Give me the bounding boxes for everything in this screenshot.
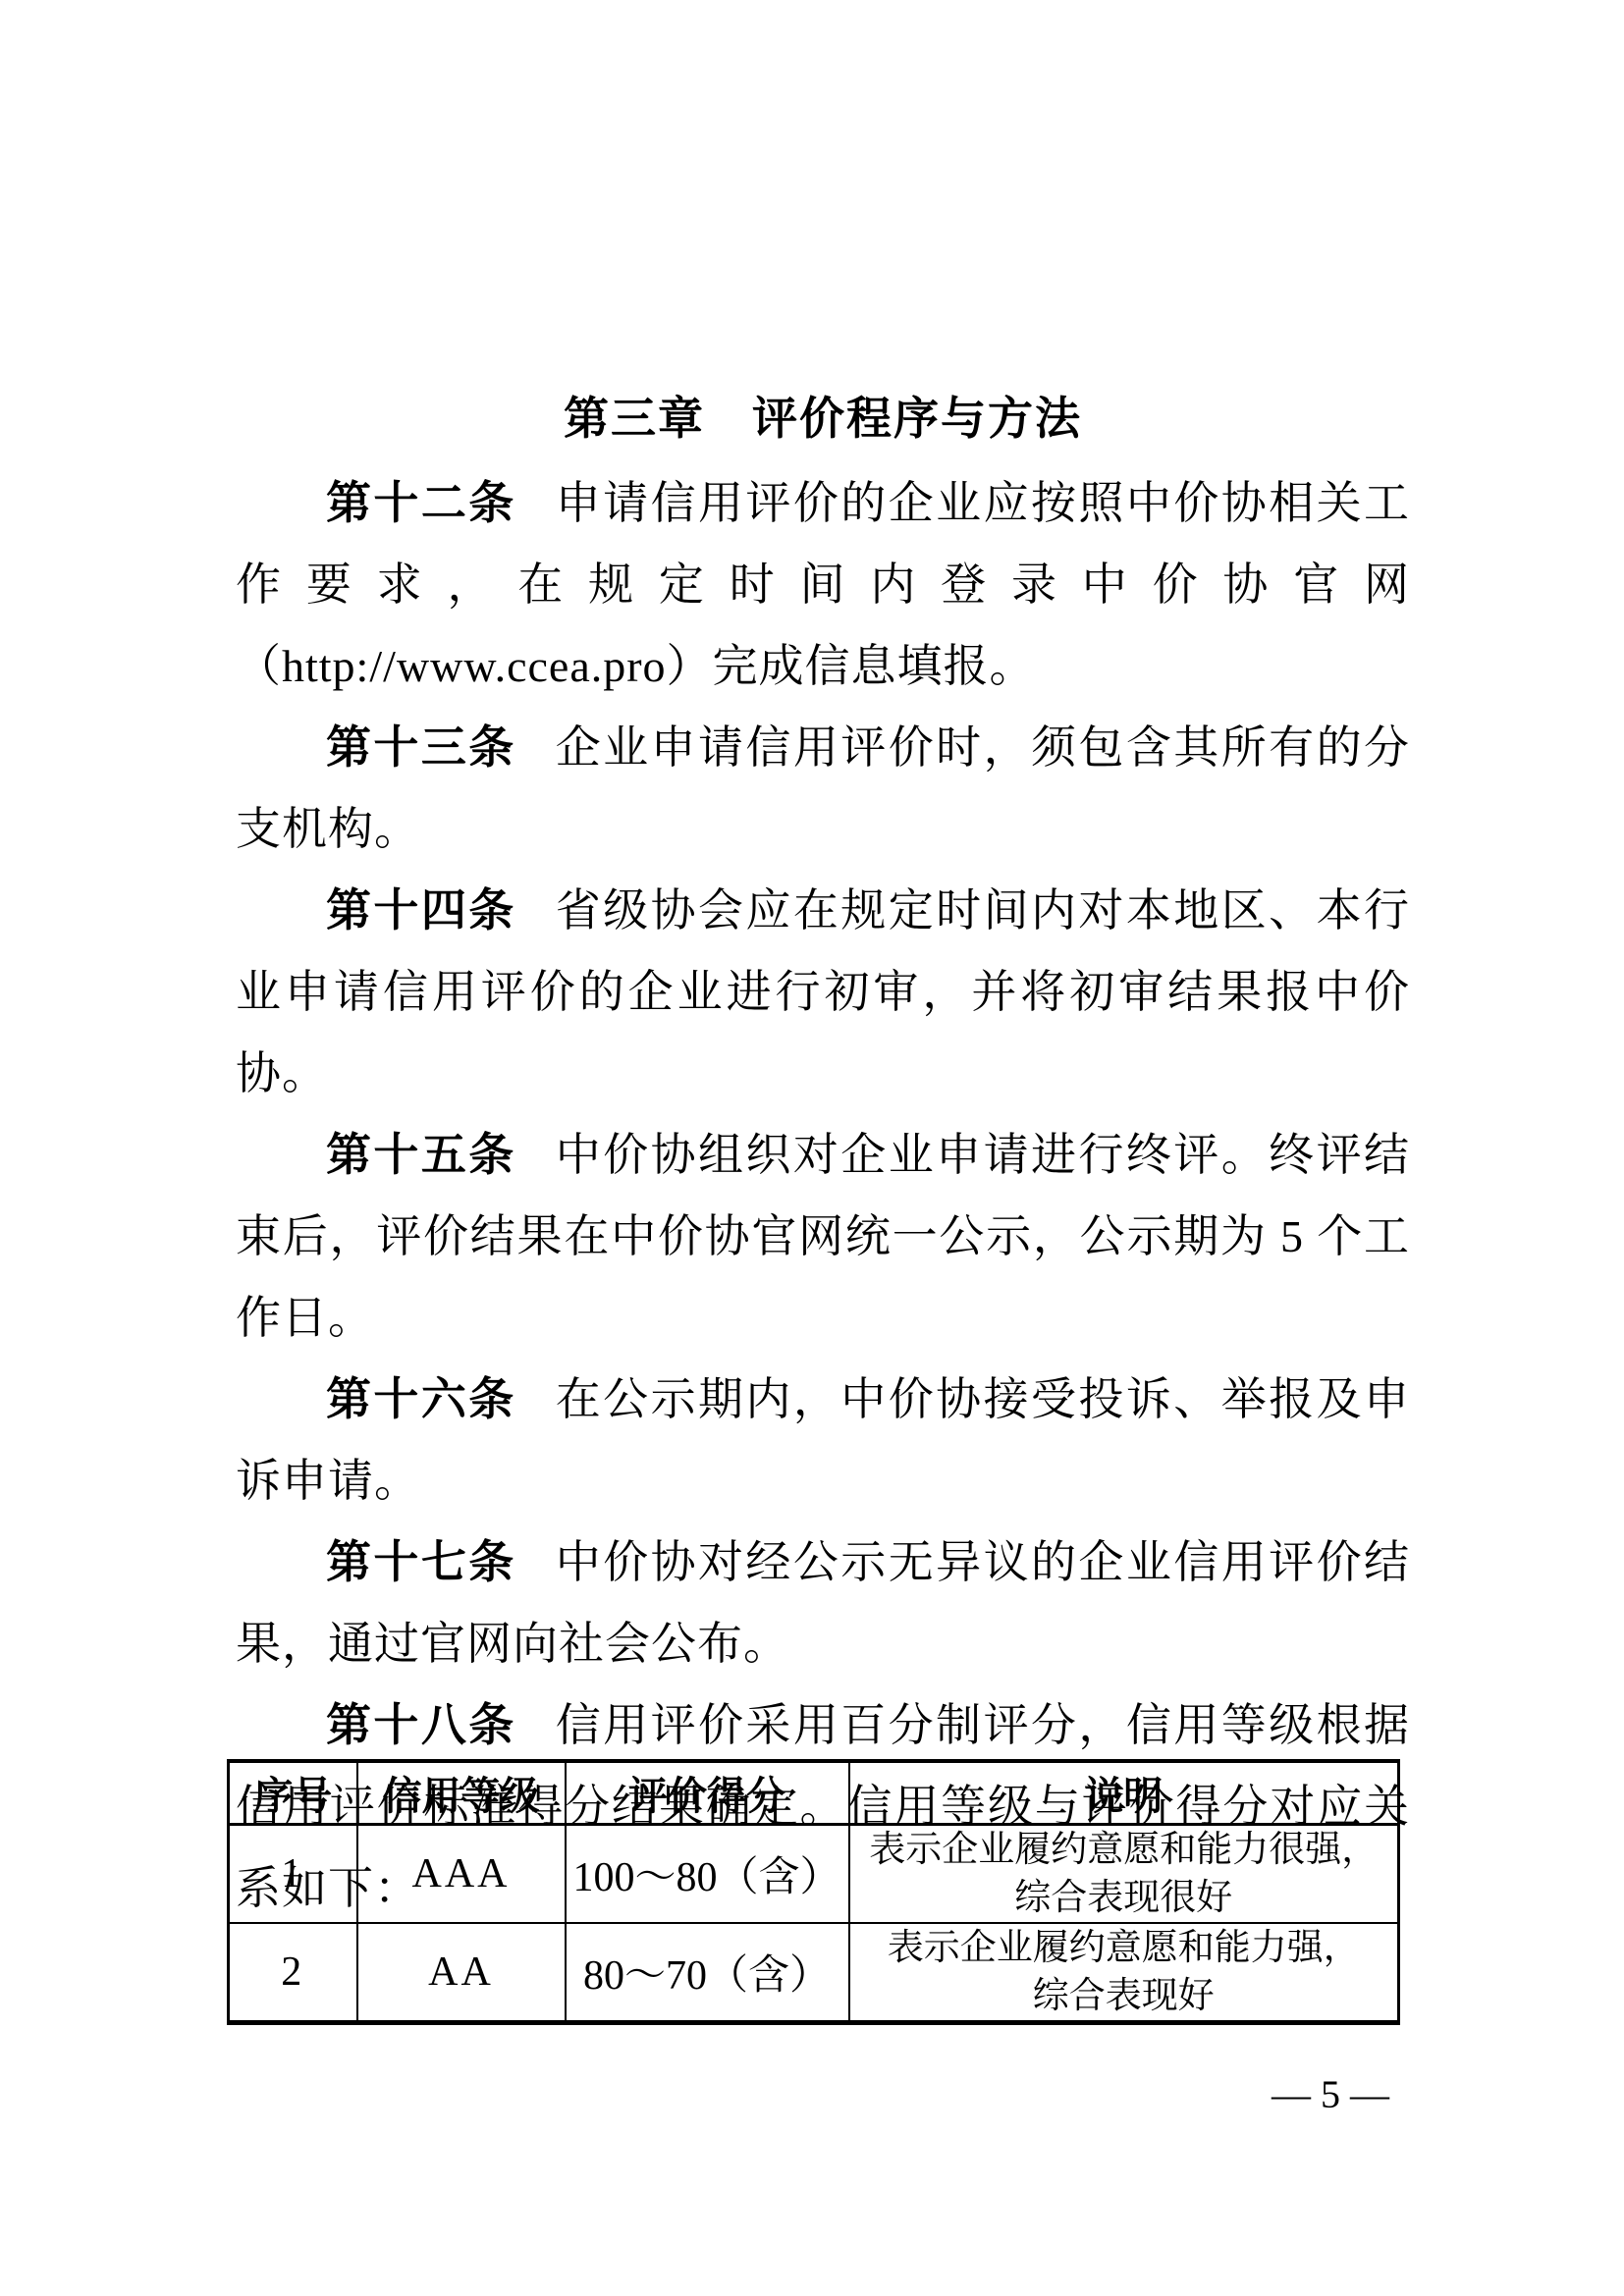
article-number: 第十六条 <box>326 1374 516 1424</box>
article-number: 第十五条 <box>326 1130 516 1180</box>
table-body: 1AAA100～80（含）表示企业履约意愿和能力很强，综合表现很好2AA80～7… <box>229 1824 1399 2023</box>
credit-rating-table: 序号信用等级评价得分说明 1AAA100～80（含）表示企业履约意愿和能力很强，… <box>227 1759 1400 2025</box>
table-row: 2AA80～70（含）表示企业履约意愿和能力强，综合表现好 <box>229 1923 1399 2023</box>
cell-score-range: 80～70（含） <box>566 1923 849 2023</box>
cell-description: 表示企业履约意愿和能力强，综合表现好 <box>849 1923 1399 2023</box>
cell-description: 表示企业履约意愿和能力很强，综合表现很好 <box>849 1824 1399 1923</box>
page-content: 第三章 评价程序与方法 第十二条申请信用评价的企业应按照中价协相关工作要求，在规… <box>236 378 1410 1929</box>
table-header-row: 序号信用等级评价得分说明 <box>229 1761 1399 1824</box>
article-paragraph: 第十三条企业申请信用评价时，须包含其所有的分支机构。 <box>236 707 1410 870</box>
cell-credit-grade: AAA <box>357 1824 566 1923</box>
article-number: 第十八条 <box>326 1700 516 1750</box>
cell-credit-grade: AA <box>357 1923 566 2023</box>
article-number: 第十四条 <box>326 885 516 935</box>
chapter-title: 第三章 评价程序与方法 <box>236 378 1410 459</box>
table-header-cell: 序号 <box>229 1761 357 1824</box>
description-line-1: 表示企业履约意愿和能力很强， <box>850 1826 1398 1874</box>
article-number: 第十七条 <box>326 1537 516 1587</box>
article-paragraph: 第十六条在公示期内，中价协接受投诉、举报及申诉申请。 <box>236 1359 1410 1522</box>
page-number: — 5 — <box>1232 2069 1429 2120</box>
description-line-2: 综合表现很好 <box>850 1874 1398 1922</box>
body-paragraphs: 第十二条申请信用评价的企业应按照中价协相关工作要求，在规定时间内登录中价协官网（… <box>236 462 1410 1929</box>
article-paragraph: 第十五条中价协组织对企业申请进行终评。终评结束后，评价结果在中价协官网统一公示，… <box>236 1114 1410 1359</box>
article-number: 第十二条 <box>326 478 516 528</box>
document-page: 第三章 评价程序与方法 第十二条申请信用评价的企业应按照中价协相关工作要求，在规… <box>0 0 1624 2296</box>
table-header-cell: 评价得分 <box>566 1761 849 1824</box>
table-row: 1AAA100～80（含）表示企业履约意愿和能力很强，综合表现很好 <box>229 1824 1399 1923</box>
article-paragraph: 第十四条省级协会应在规定时间内对本地区、本行业申请信用评价的企业进行初审，并将初… <box>236 870 1410 1114</box>
description-line-2: 综合表现好 <box>850 1972 1398 2020</box>
cell-serial-number: 2 <box>229 1923 357 2023</box>
article-number: 第十三条 <box>326 722 516 773</box>
cell-serial-number: 1 <box>229 1824 357 1923</box>
article-paragraph: 第十七条中价协对经公示无异议的企业信用评价结果，通过官网向社会公布。 <box>236 1522 1410 1684</box>
article-paragraph: 第十二条申请信用评价的企业应按照中价协相关工作要求，在规定时间内登录中价协官网（… <box>236 462 1410 707</box>
cell-score-range: 100～80（含） <box>566 1824 849 1923</box>
description-line-1: 表示企业履约意愿和能力强， <box>850 1924 1398 1972</box>
table-header-cell: 说明 <box>849 1761 1399 1824</box>
table-header-cell: 信用等级 <box>357 1761 566 1824</box>
